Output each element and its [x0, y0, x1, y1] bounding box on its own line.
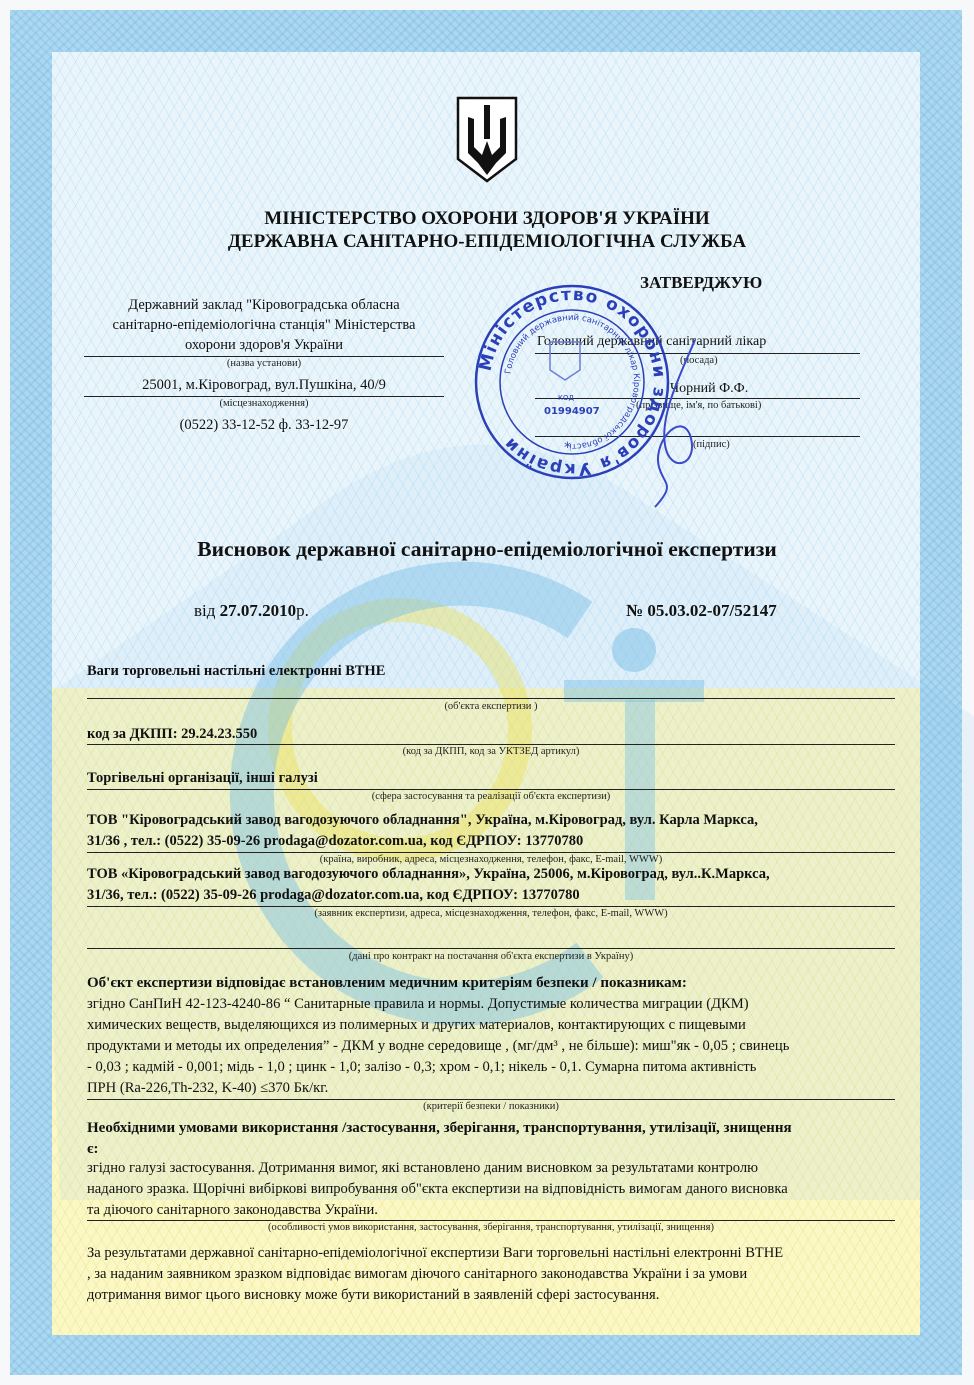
institution-phone: (0522) 33-12-52 ф. 33-12-97 — [84, 417, 444, 434]
approval-position: Головний державний санітарний лікар — [537, 334, 766, 350]
institution-name-line-1: Державний заклад "Кіровоградська обласна — [84, 297, 444, 314]
document-date-prefix: від — [194, 601, 215, 620]
contract-rule — [87, 948, 895, 949]
conditions-line-3: та діючого санітарного законодавства Укр… — [87, 1202, 378, 1219]
approval-signature-rule — [535, 436, 860, 437]
conclusion-line-2: , за наданим заявником зразком відповіда… — [87, 1266, 747, 1283]
document-date-suffix: р. — [296, 601, 309, 620]
institution-name-line-2: санітарно-епідеміологічна станція" Мініс… — [84, 317, 444, 334]
document-title: Висновок державної санітарно-епідеміолог… — [0, 537, 974, 562]
document-date-value: 27.07.2010 — [220, 601, 297, 620]
coat-of-arms-icon — [454, 95, 520, 185]
manufacturer-line-2: 31/36 , тел.: (0522) 35-09-26 prodaga@do… — [87, 833, 583, 850]
manufacturer-caption: (країна, виробник, адреса, місцезнаходже… — [87, 854, 895, 865]
approval-name-caption: (прізвище, ім'я, по батькові) — [636, 400, 761, 411]
document-number: № 05.03.02-07/52147 — [626, 601, 777, 621]
institution-name-caption: (назва установи) — [84, 358, 444, 369]
service-title: ДЕРЖАВНА САНІТАРНО-ЕПІДЕМІОЛОГІЧНА СЛУЖБ… — [0, 231, 974, 253]
applicant-rule — [87, 906, 895, 907]
criteria-line-3: продуктами и методы их определения” - ДК… — [87, 1038, 789, 1055]
institution-name-rule — [84, 356, 444, 357]
conditions-heading-line-2: є: — [87, 1141, 98, 1158]
conditions-line-2: наданого зразка. Щорічні вибіркові випро… — [87, 1181, 788, 1198]
scope-rule — [87, 789, 895, 790]
object-caption: (об'єкта експертизи ) — [87, 701, 895, 712]
conclusion-line-3: дотримання вимог цього висновку може бут… — [87, 1287, 659, 1304]
ministry-title: МІНІСТЕРСТВО ОХОРОНИ ЗДОРОВ'Я УКРАЇНИ — [0, 208, 974, 230]
criteria-line-2: химических веществ, выделяющихся из поли… — [87, 1017, 746, 1034]
manufacturer-rule — [87, 852, 895, 853]
code-rule — [87, 744, 895, 745]
criteria-rule — [87, 1099, 895, 1100]
approval-title: ЗАТВЕРДЖУЮ — [640, 273, 762, 293]
applicant-line-2: 31/36, тел.: (0522) 35-09-26 prodaga@doz… — [87, 887, 580, 904]
scope-value: Торгівельні організації, інші галузі — [87, 770, 318, 787]
code-value: код за ДКПП: 29.24.23.550 — [87, 726, 257, 743]
object-rule — [87, 698, 895, 699]
conditions-heading-line-1: Необхідними умовами використання /застос… — [87, 1120, 792, 1137]
manufacturer-line-1: ТОВ "Кіровоградський завод вагодозуючого… — [87, 812, 758, 829]
code-caption: (код за ДКПП, код за УКТЗЕД артикул) — [87, 746, 895, 757]
institution-name-line-3: охорони здоров'я України — [84, 337, 444, 354]
criteria-line-1: згідно СанПиН 42-123-4240-86 “ Санитарны… — [87, 996, 749, 1013]
conditions-line-1: згідно галузі застосування. Дотримання в… — [87, 1160, 758, 1177]
document-date: від 27.07.2010р. — [194, 601, 309, 621]
institution-address: 25001, м.Кіровоград, вул.Пушкіна, 40/9 — [84, 377, 444, 394]
approval-position-caption: (посада) — [680, 355, 718, 366]
conditions-rule — [87, 1220, 895, 1221]
criteria-line-4: - 0,03 ; кадмій - 0,001; мідь - 1,0 ; ци… — [87, 1059, 756, 1076]
approval-name: Чорний Ф.Ф. — [670, 381, 748, 397]
conclusion-line-1: За результатами державної санітарно-епід… — [87, 1245, 783, 1262]
applicant-caption: (заявник експертизи, адреса, місцезнаход… — [87, 908, 895, 919]
institution-address-caption: (місцезнаходження) — [84, 398, 444, 409]
applicant-line-1: ТОВ «Кіровоградський завод вагодозуючого… — [87, 866, 770, 883]
criteria-line-5: ПРН (Ra-226,Th-232, K-40) ≤370 Бк/кг. — [87, 1080, 328, 1097]
institution-address-rule — [84, 396, 444, 397]
approval-name-rule — [535, 398, 860, 399]
approval-signature-caption: (підпис) — [693, 439, 730, 450]
approval-position-rule — [535, 353, 860, 354]
criteria-caption: (критерії безпеки / показники) — [87, 1101, 895, 1112]
object-value: Ваги торговельні настільні електронні ВТ… — [87, 663, 385, 680]
criteria-heading: Об'єкт експертизи відповідає встановлени… — [87, 975, 687, 992]
scope-caption: (сфера застосування та реалізації об'єкт… — [87, 791, 895, 802]
contract-caption: (дані про контракт на постачання об'єкта… — [87, 951, 895, 962]
conditions-caption: (особливості умов використання, застосув… — [87, 1222, 895, 1233]
